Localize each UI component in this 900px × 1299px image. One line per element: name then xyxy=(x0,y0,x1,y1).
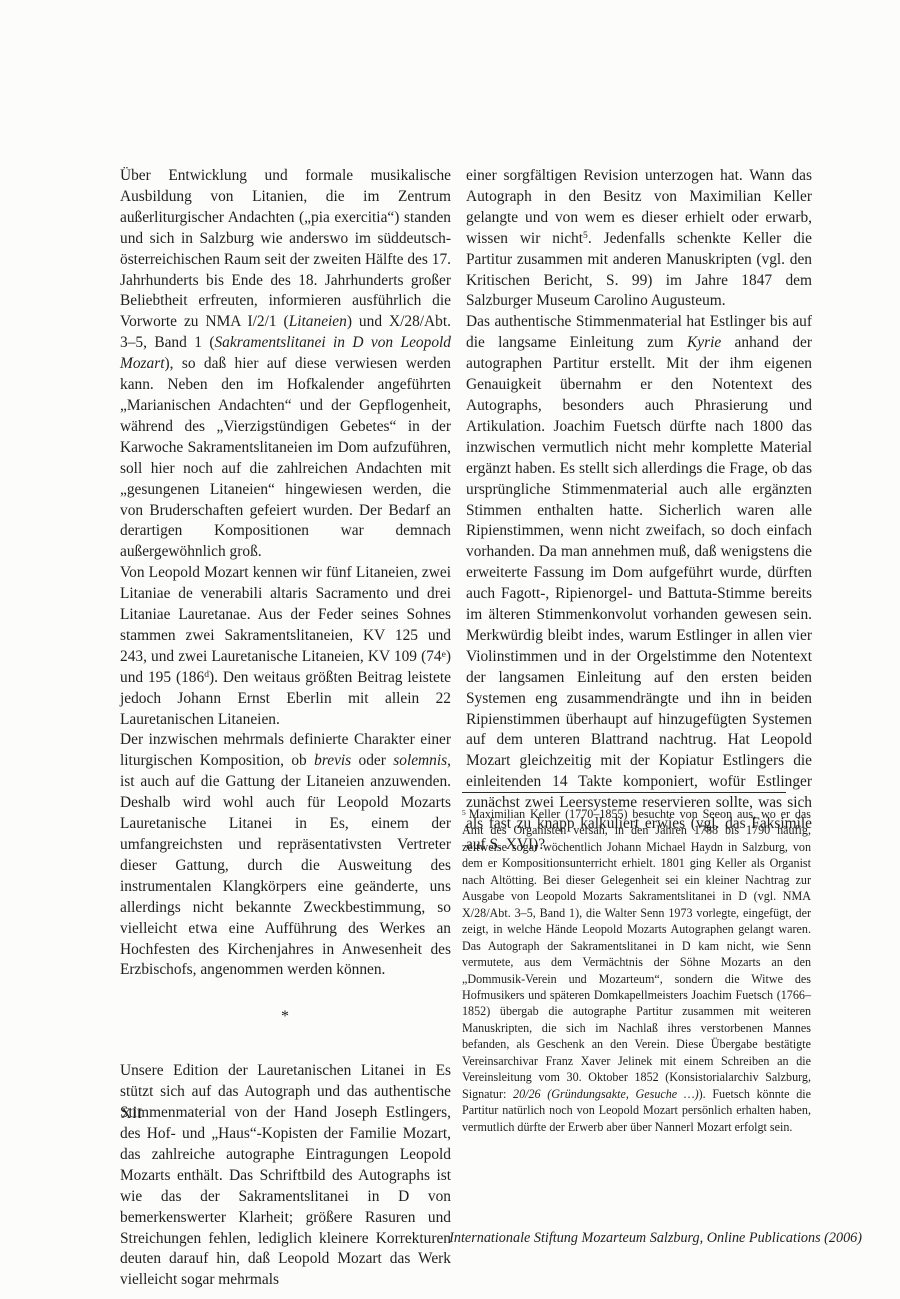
left-column: Über Entwicklung und formale musikalisch… xyxy=(120,166,451,1291)
footer-credit: Internationale Stiftung Mozarteum Salzbu… xyxy=(449,1230,862,1247)
document-page: Über Entwicklung und formale musikalisch… xyxy=(0,0,900,1299)
footnote-block: 5Maximilian Keller (1770–1855) besuchte … xyxy=(462,792,811,1135)
footnote-rule xyxy=(462,792,786,793)
paragraph-autograph-provenance: einer sorgfältigen Revision unterzogen h… xyxy=(466,166,812,312)
paragraph-leopold-litanies: Von Leopold Mozart kennen wir fünf Litan… xyxy=(120,563,451,730)
paragraph-edition-sources: Unsere Edition der Lauretanischen Litane… xyxy=(120,1061,451,1291)
paragraph-litanies-intro: Über Entwicklung und formale musikalisch… xyxy=(120,166,451,563)
paragraph-parts-material: Das authentische Stimmenmaterial hat Est… xyxy=(466,312,812,856)
page-number: XII xyxy=(121,1106,143,1123)
paragraph-liturgical-character: Der inzwischen mehrmals definierte Chara… xyxy=(120,730,451,981)
footnote-5: 5Maximilian Keller (1770–1855) besuchte … xyxy=(462,806,811,1135)
section-separator-asterisk: * xyxy=(120,1007,451,1028)
